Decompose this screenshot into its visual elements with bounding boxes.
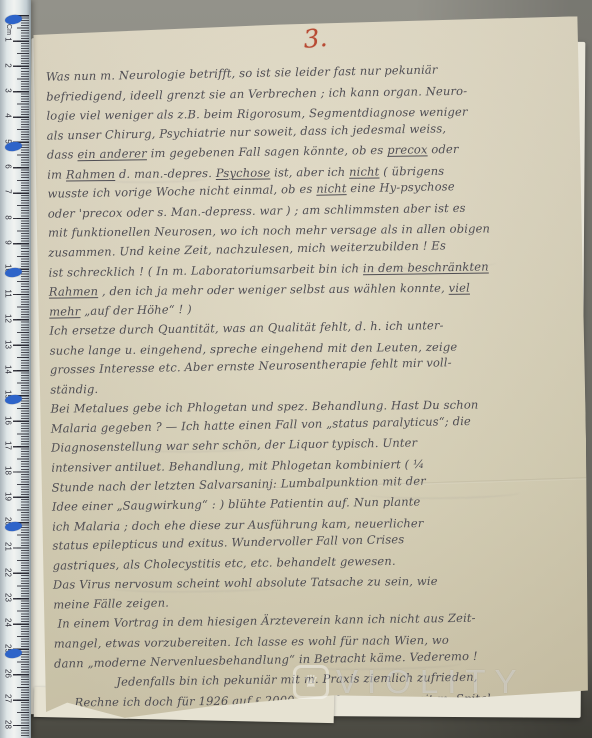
manuscript-line: dass ein anderer im gegebenen Fall sagen… — [47, 142, 459, 162]
manuscript-line: wusste ich vorige Woche nicht einmal, ob… — [47, 180, 454, 201]
manuscript-line: Was nun m. Neurologie betrifft, so ist s… — [46, 63, 438, 84]
manuscript-line: befriedigend, ideell grenzt sie an Verbr… — [46, 83, 467, 103]
ruler: Cm 1234567891011121314151617181920212223… — [0, 0, 31, 738]
manuscript-line: als unser Chirurg, Psychiatrie nur sowei… — [47, 121, 447, 142]
manuscript-line: gastriques, als Cholecystitis etc, etc. … — [53, 554, 396, 573]
ruler-cm-ticks — [13, 15, 29, 736]
manuscript-lines: Was nun m. Neurologie betrifft, so ist s… — [33, 16, 590, 722]
manuscript-line: Rahmen , den ich ja mehr oder weniger se… — [49, 281, 470, 299]
manuscript-line: status epilepticus und exitus. Wundervol… — [52, 532, 404, 552]
manuscript-line: meine Fälle zeigen. — [53, 595, 169, 611]
manuscript-line: zusammen. Und keine Zeit, nachzulesen, m… — [48, 238, 446, 259]
manuscript-line: Idee einer „Saugwirkung“ : ) blühte Pati… — [52, 495, 421, 514]
ruler-number: 13 — [4, 337, 13, 351]
manuscript-page: 3. Was nun m. Neurologie betrifft, so is… — [33, 16, 590, 722]
ruler-number: 23 — [4, 591, 13, 605]
ruler-number: 12 — [4, 312, 13, 326]
ruler-number: 28 — [4, 717, 13, 731]
ruler-number: 17 — [4, 438, 13, 452]
manuscript-line: ständig. — [50, 382, 98, 397]
manuscript-line: mit funktionellen Neurosen, wo ich noch … — [48, 222, 490, 240]
manuscript-line: suche lange u. eingehend, spreche eingeh… — [50, 339, 458, 357]
manuscript-line: Ich ersetze durch Quantität, was an Qual… — [49, 318, 443, 338]
ruler-number: 7 — [4, 185, 13, 199]
ruler-number: 26 — [4, 667, 13, 681]
photo-background: 3. Was nun m. Neurologie betrifft, so is… — [0, 0, 592, 738]
manuscript-line: logie viel weniger als z.B. beim Rigoros… — [46, 105, 467, 123]
ruler-number: 21 — [4, 540, 13, 554]
ruler-number: 6 — [4, 160, 13, 174]
ruler-number: 18 — [4, 464, 13, 478]
ruler-number: 11 — [4, 286, 13, 300]
ruler-number: 14 — [4, 362, 13, 376]
manuscript-line: mangel, etwas vorzubereiten. Ich lasse e… — [54, 633, 449, 651]
manuscript-line: oder 'precox oder s. Man.-depress. war )… — [48, 201, 466, 221]
ruler-number: 9 — [4, 236, 13, 250]
manuscript-line: ich Malaria ; doch ehe diese zur Ausführ… — [52, 516, 423, 534]
manuscript-line: intensiver antiluet. Behandlung, mit Phl… — [51, 457, 424, 475]
manuscript-line: Malaria gegeben ? — Ich hatte einen Fall… — [51, 414, 471, 436]
ruler-number: 2 — [4, 58, 13, 72]
ruler-number: 27 — [4, 692, 13, 706]
manuscript-line: In einem Vortrag in dem hiesigen Ärzteve… — [57, 611, 475, 631]
ruler-number: 16 — [4, 413, 13, 427]
ruler-number: 1 — [4, 33, 13, 47]
manuscript-line: Bei Metalues gebe ich Phlogetan und spez… — [50, 398, 478, 416]
ruler-number: 4 — [4, 109, 13, 123]
manuscript-line: Jedenfalls bin ich pekuniär mit m. Praxi… — [116, 670, 477, 689]
ruler-number: 19 — [4, 489, 13, 503]
manuscript-line: mehr „auf der Höhe“ ! ) — [49, 302, 192, 319]
ruler-number: 22 — [4, 565, 13, 579]
manuscript-line: grosses Interesse etc. Aber ernste Neuro… — [50, 356, 452, 377]
ruler-number: 8 — [4, 210, 13, 224]
ruler-number: 3 — [4, 84, 13, 98]
ruler-number: 24 — [4, 616, 13, 630]
